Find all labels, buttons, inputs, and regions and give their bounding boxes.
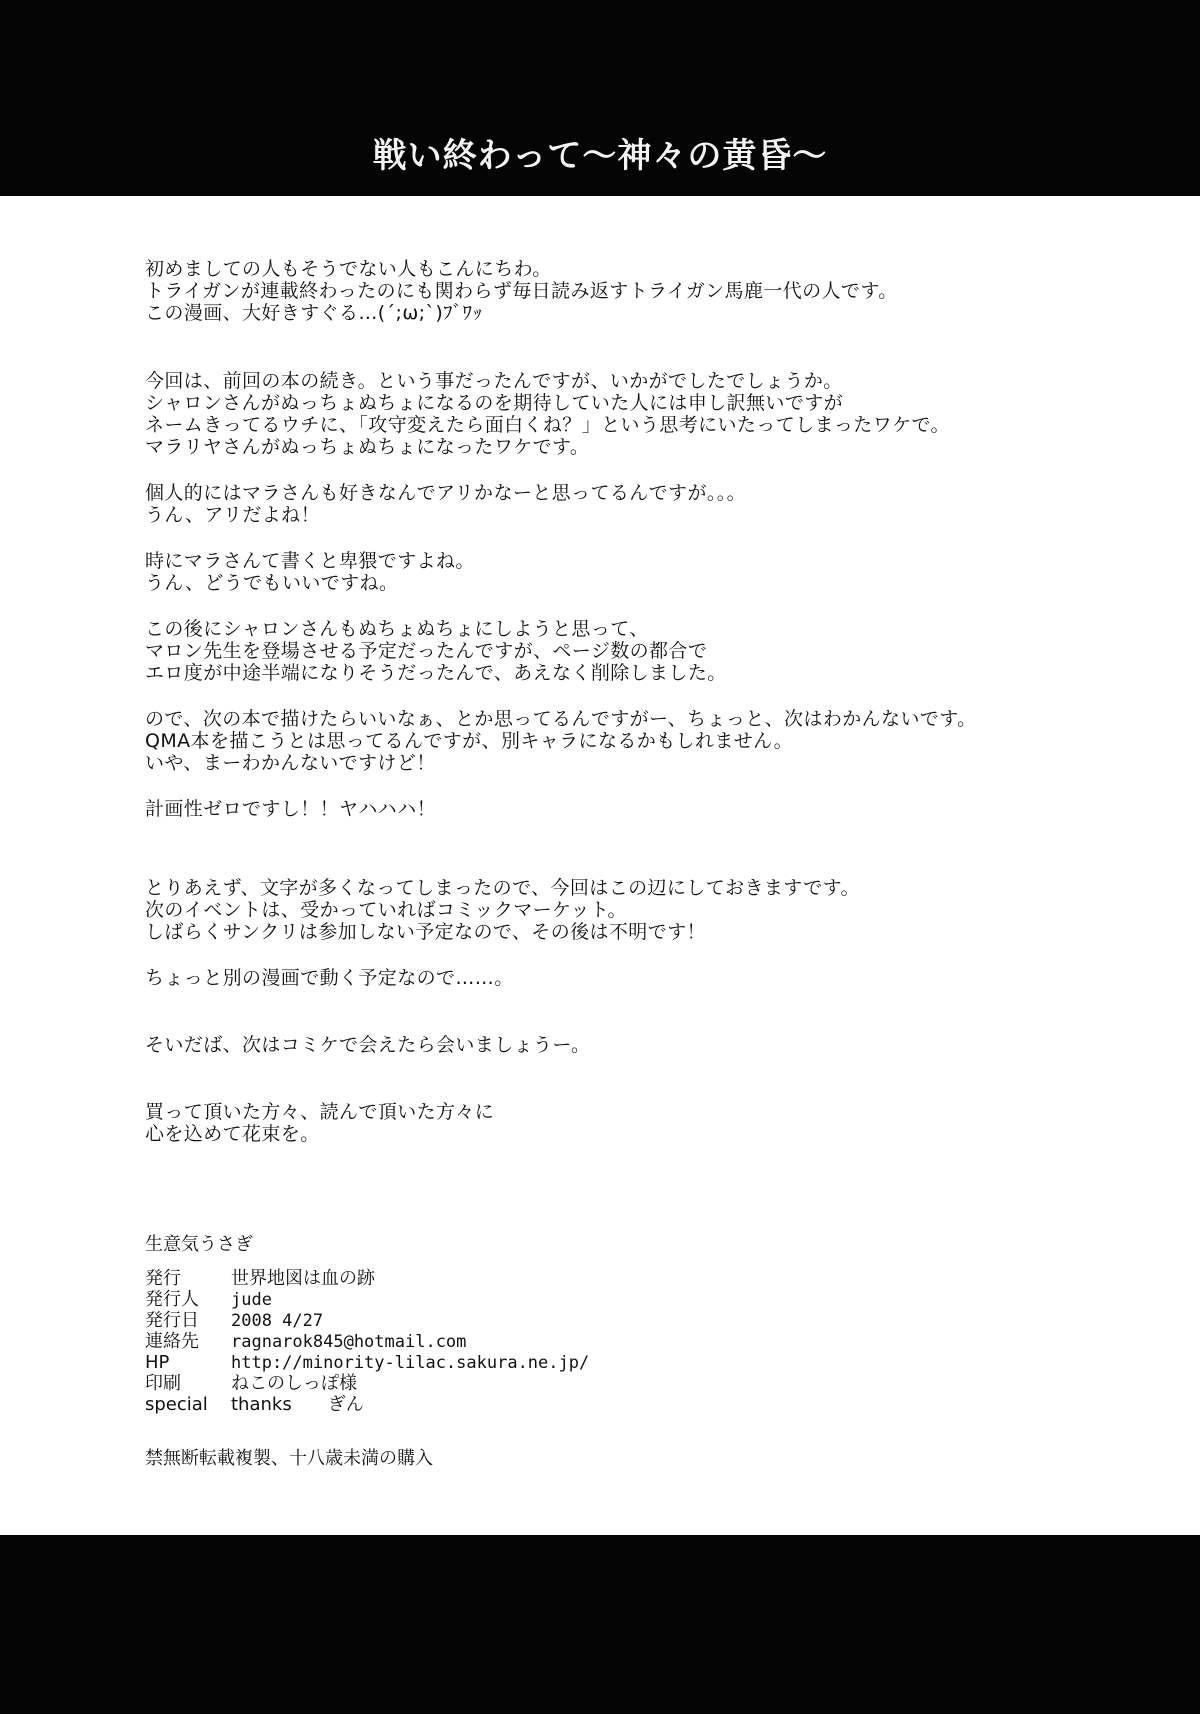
footer-band xyxy=(0,1535,1200,1714)
colophon-key: HP xyxy=(145,1352,231,1373)
colophon-row: specialthanks ぎん xyxy=(145,1394,364,1415)
body-line: エロ度が中途半端になりそうだったんで、あえなく削除しました。 xyxy=(145,662,727,684)
page-title: 戦い終わって〜神々の黄昏〜 xyxy=(0,128,1200,177)
colophon-value: 2008 4/27 xyxy=(231,1311,323,1331)
colophon-key: 連絡先 xyxy=(145,1331,231,1352)
body-line: ちょっと別の漫画で動く予定なので……。 xyxy=(145,967,514,989)
body-line: 計画性ゼロですし！！ヤハハハ！ xyxy=(145,798,436,820)
body-line: 個人的にはマラさんも好きなんでアリかなーと思ってるんですが。。。 xyxy=(145,482,746,504)
colophon-key: special xyxy=(145,1394,231,1415)
colophon-row: 発行世界地図は血の跡 xyxy=(145,1268,375,1289)
colophon-row: 発行日2008 4/27 xyxy=(145,1310,323,1332)
colophon-value: jude xyxy=(231,1290,272,1310)
colophon-row: HPhttp://minority-lilac.sakura.ne.jp/ xyxy=(145,1352,589,1374)
header-band: 戦い終わって〜神々の黄昏〜 xyxy=(0,0,1200,196)
body-line: 時にマラさんて書くと卑猥ですよね。 xyxy=(145,550,475,572)
colophon-value: thanks ぎん xyxy=(231,1394,364,1415)
body-line: ので、次の本で描けたらいいなぁ、とか思ってるんですがー、ちょっと、次はわかんない… xyxy=(145,708,977,730)
colophon-value: ragnarok845@hotmail.com xyxy=(231,1332,466,1352)
colophon-key: 発行 xyxy=(145,1268,231,1289)
colophon-key: 発行人 xyxy=(145,1289,231,1310)
colophon-key: 発行日 xyxy=(145,1310,231,1331)
body-line: 次のイベントは、受かっていればコミックマーケット。 xyxy=(145,899,627,921)
body-line: QMA本を描こうとは思ってるんですが、別キャラになるかもしれません。 xyxy=(145,730,793,752)
copyright-notice: 禁無断転載複製、十八歳未満の購入 xyxy=(145,1448,433,1469)
colophon-key: 印刷 xyxy=(145,1373,231,1394)
colophon-row: 連絡先ragnarok845@hotmail.com xyxy=(145,1331,466,1353)
body-line: シャロンさんがぬっちょぬちょになるのを期待していた人には申し訳無いですが xyxy=(145,392,843,414)
body-line: いや、まーわかんないですけど！ xyxy=(145,752,436,774)
body-line: うん、アリだよね！ xyxy=(145,504,320,526)
body-line: 今回は、前回の本の続き。という事だったんですが、いかがでしたでしょうか。 xyxy=(145,370,843,392)
body-line: とりあえず、文字が多くなってしまったので、今回はこの辺にしておきますです。 xyxy=(145,877,860,899)
colophon-value: 世界地図は血の跡 xyxy=(231,1268,375,1289)
body-line: うん、どうでもいいですね。 xyxy=(145,572,398,594)
body-line: マラリヤさんがぬっちょぬちょになったワケです。 xyxy=(145,436,589,458)
body-line: 買って頂いた方々、読んで頂いた方々に xyxy=(145,1101,494,1123)
colophon-value: http://minority-lilac.sakura.ne.jp/ xyxy=(231,1353,589,1373)
body-line: そいだば、次はコミケで会えたら会いましょうー。 xyxy=(145,1034,590,1056)
colophon-value: ねこのしっぽ様 xyxy=(231,1373,357,1394)
body-line: この後にシャロンさんもぬちょぬちょにしようと思って、 xyxy=(145,618,649,640)
body-line: ネームきってるウチに、「攻守変えたら面白くね？」という思考にいたってしまったワケ… xyxy=(145,414,950,436)
colophon-row: 印刷ねこのしっぽ様 xyxy=(145,1373,357,1394)
body-line: しばらくサンクリは参加しない予定なので、その後は不明です！ xyxy=(145,921,706,943)
circle-author: 生意気うさぎ xyxy=(145,1234,253,1255)
body-line: 心を込めて花束を。 xyxy=(145,1123,320,1145)
body-line: トライガンが連載終わったのにも関わらず毎日読み返すトライガン馬鹿一代の人です。 xyxy=(145,280,898,302)
body-line: マロン先生を登場させる予定だったんですが、ページ数の都合で xyxy=(145,640,707,662)
body-line: この漫画、大好きすぐる…(´;ω;`)ﾌﾞﾜｯ xyxy=(145,302,482,324)
body-line: 初めましての人もそうでない人もこんにちわ。 xyxy=(145,258,552,280)
colophon-row: 発行人jude xyxy=(145,1289,272,1311)
